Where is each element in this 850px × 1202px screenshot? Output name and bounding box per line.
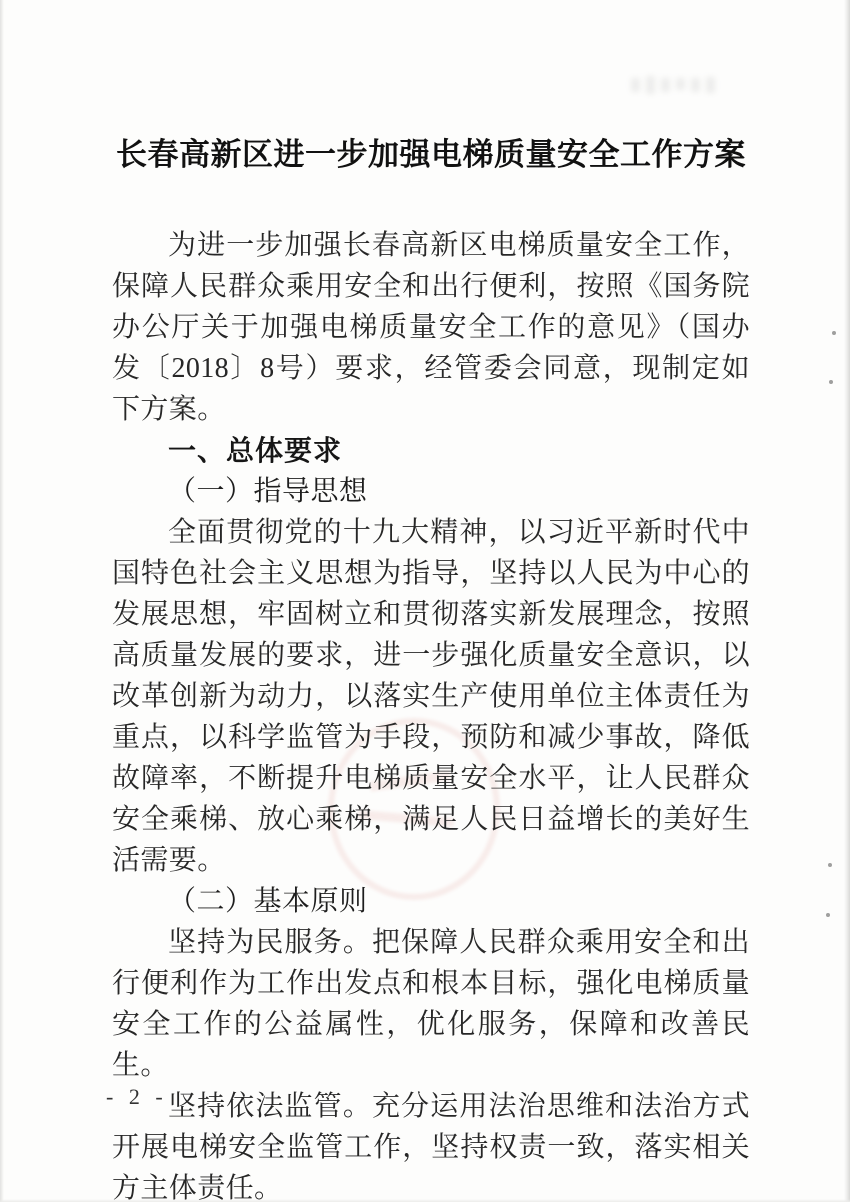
binding-dot [832,331,836,335]
paragraph-lawful-supervision: 坚持依法监管。充分运用法治思维和法治方式开展电梯安全监管工作，坚持权责一致，落实… [112,1086,750,1202]
document-body: 长春高新区进一步加强电梯质量安全工作方案 为进一步加强长春高新区电梯质量安全工作… [112,131,750,1202]
binding-dot [829,380,833,384]
binding-dot [826,913,830,917]
binding-dot [828,863,832,867]
section-heading-overall-requirements: 一、总体要求 [112,430,750,471]
scan-edge-left [0,0,4,1202]
subsection-heading-basic-principles: （二）基本原则 [112,881,750,922]
faint-stamp-residue [628,68,768,104]
paragraph-serve-the-people: 坚持为民服务。把保障人民群众乘用安全和出行便利作为工作出发点和根本目标，强化电梯… [112,922,750,1086]
page-number: - 2 - [106,1084,168,1110]
scan-edge-right [844,0,850,1202]
paragraph-guiding-ideology: 全面贯彻党的十九大精神，以习近平新时代中国特色社会主义思想为指导，坚持以人民为中… [112,512,750,881]
scanned-document-page: 长春高新区进一步加强电梯质量安全工作方案 为进一步加强长春高新区电梯质量安全工作… [0,0,850,1202]
paragraph-intro: 为进一步加强长春高新区电梯质量安全工作，保障人民群众乘用安全和出行便利，按照《国… [112,225,750,430]
subsection-heading-guiding-ideology: （一）指导思想 [112,471,750,512]
document-title: 长春高新区进一步加强电梯质量安全工作方案 [112,131,750,179]
